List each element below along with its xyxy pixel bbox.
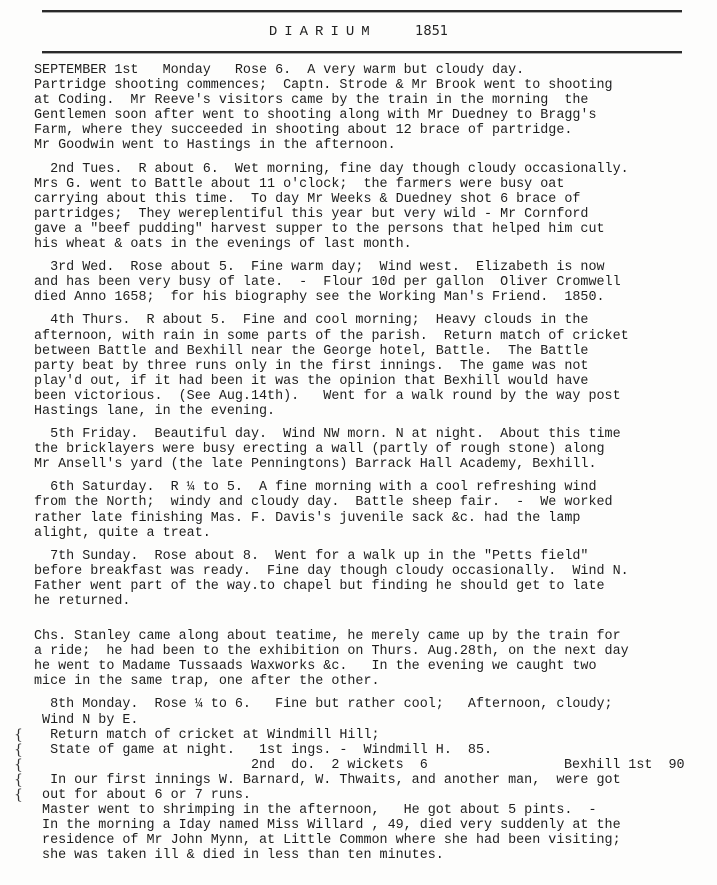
diary-entry-sep-6: 6th Saturday. R ¼ to 5. A fine morning w… [34,480,704,540]
entry-line: and has been very busy of late. - Flour … [34,275,704,290]
page-year: 1851 [415,24,448,39]
entry-line: Master went to shrimping in the afternoo… [34,803,704,818]
cricket-line: State of game at night. 1st ings. - Wind… [34,743,704,758]
entry-line: Wind N by E. [34,713,704,728]
entry-line: his wheat & oats in the evenings of last… [34,237,704,252]
diary-entry-sep-1: SEPTEMBER 1st Monday Rose 6. A very warm… [34,63,704,154]
entry-line: alight, quite a treat. [34,526,704,541]
entry-line: Chs. Stanley came along about teatime, h… [34,629,704,644]
diary-entry-sep-8: 8th Monday. Rose ¼ to 6. Fine but rather… [34,697,704,863]
entry-line: a ride; he had been to the exhibition on… [34,644,704,659]
diary-page: DIARIUM 1851 SEPTEMBER 1st Monday Rose 6… [0,0,717,885]
entry-line: the bricklayers were busy erecting a wal… [34,442,704,457]
entry-line: partridges; They wereplentiful this year… [34,207,704,222]
entry-line: 8th Monday. Rose ¼ to 6. Fine but rather… [34,697,704,712]
cricket-line: In our first innings W. Barnard, W. Thwa… [34,773,704,788]
entry-line: between Battle and Bexhill near the Geor… [34,344,704,359]
entry-line: died Anno 1658; for his biography see th… [34,290,704,305]
diary-entry-sep-7: 7th Sunday. Rose about 8. Went for a wal… [34,549,704,609]
cricket-line: out for about 6 or 7 runs. [34,788,704,803]
entry-line: Gentlemen soon after went to shooting al… [34,108,704,123]
page-title: DIARIUM [269,24,377,40]
entry-line: Farm, where they succeeded in shooting a… [34,123,704,138]
entry-line: at Coding. Mr Reeve's visitors came by t… [34,93,704,108]
diary-entry-sep-2: 2nd Tues. R about 6. Wet morning, fine d… [34,162,704,253]
entry-line: been victorious. (See Aug.14th). Went fo… [34,389,704,404]
entry-line: party beat by three runs only in the fir… [34,359,704,374]
entry-line: residence of Mr John Mynn, at Little Com… [34,833,704,848]
entry-line: afternoon, with rain in some parts of th… [34,329,704,344]
entry-line: 4th Thurs. R about 5. Fine and cool morn… [34,313,704,328]
entry-line: he returned. [34,594,704,609]
diary-entry-sep-5: 5th Friday. Beautiful day. Wind NW morn.… [34,427,704,472]
entry-line: 5th Friday. Beautiful day. Wind NW morn.… [34,427,704,442]
entry-line: In the morning a Iday named Miss Willard… [34,818,704,833]
diary-entry-sep-3: 3rd Wed. Rose about 5. Fine warm day; Wi… [34,260,704,305]
header-bottom-rule [42,51,682,53]
diary-entry-sep-4: 4th Thurs. R about 5. Fine and cool morn… [34,313,704,419]
entry-line: Partridge shooting commences; Captn. Str… [34,78,704,93]
entry-line: gave a "beef pudding" harvest supper to … [34,222,704,237]
score-line: 2nd do. 2 wickets 6Bexhill 1st 90 [34,758,704,773]
diary-entry-sep-7-stanley: Chs. Stanley came along about teatime, h… [34,629,704,689]
entry-line: from the North; windy and cloudy day. Ba… [34,495,704,510]
entry-line: Hastings lane, in the evening. [34,404,704,419]
entry-line: rather late finishing Mas. F. Davis's ju… [34,511,704,526]
entry-line: before breakfast was ready. Fine day tho… [34,564,704,579]
entry-line: he went to Madame Tussaads Waxworks &c. … [34,659,704,674]
entry-line: 6th Saturday. R ¼ to 5. A fine morning w… [34,480,704,495]
diary-body: SEPTEMBER 1st Monday Rose 6. A very warm… [34,63,704,872]
entry-line: Mr Goodwin went to Hastings in the after… [34,138,704,153]
entry-line: SEPTEMBER 1st Monday Rose 6. A very warm… [34,63,704,78]
brace-icon: { { { { { [14,728,26,803]
entry-line: she was taken ill & died in less than te… [34,848,704,863]
entry-line: mice in the same trap, one after the oth… [34,674,704,689]
score-left: 2nd do. 2 wickets 6 [34,758,428,773]
entry-line: 3rd Wed. Rose about 5. Fine warm day; Wi… [34,260,704,275]
bracketed-cricket-note: { { { { { Return match of cricket at Win… [34,728,704,803]
cricket-line: Return match of cricket at Windmill Hill… [34,728,704,743]
entry-line: Mr Ansell's yard (the late Penningtons) … [34,457,704,472]
entry-line: Father went part of the way.to chapel bu… [34,579,704,594]
page-header: DIARIUM 1851 [0,24,717,40]
entry-line: 7th Sunday. Rose about 8. Went for a wal… [34,549,704,564]
score-bexhill: Bexhill 1st 90 [564,758,685,773]
top-rule [42,10,682,12]
entry-line: carrying about this time. To day Mr Week… [34,192,704,207]
entry-line: Mrs G. went to Battle about 11 o'clock; … [34,177,704,192]
entry-line: 2nd Tues. R about 6. Wet morning, fine d… [34,162,704,177]
entry-line: play'd out, if it had been it was the op… [34,374,704,389]
